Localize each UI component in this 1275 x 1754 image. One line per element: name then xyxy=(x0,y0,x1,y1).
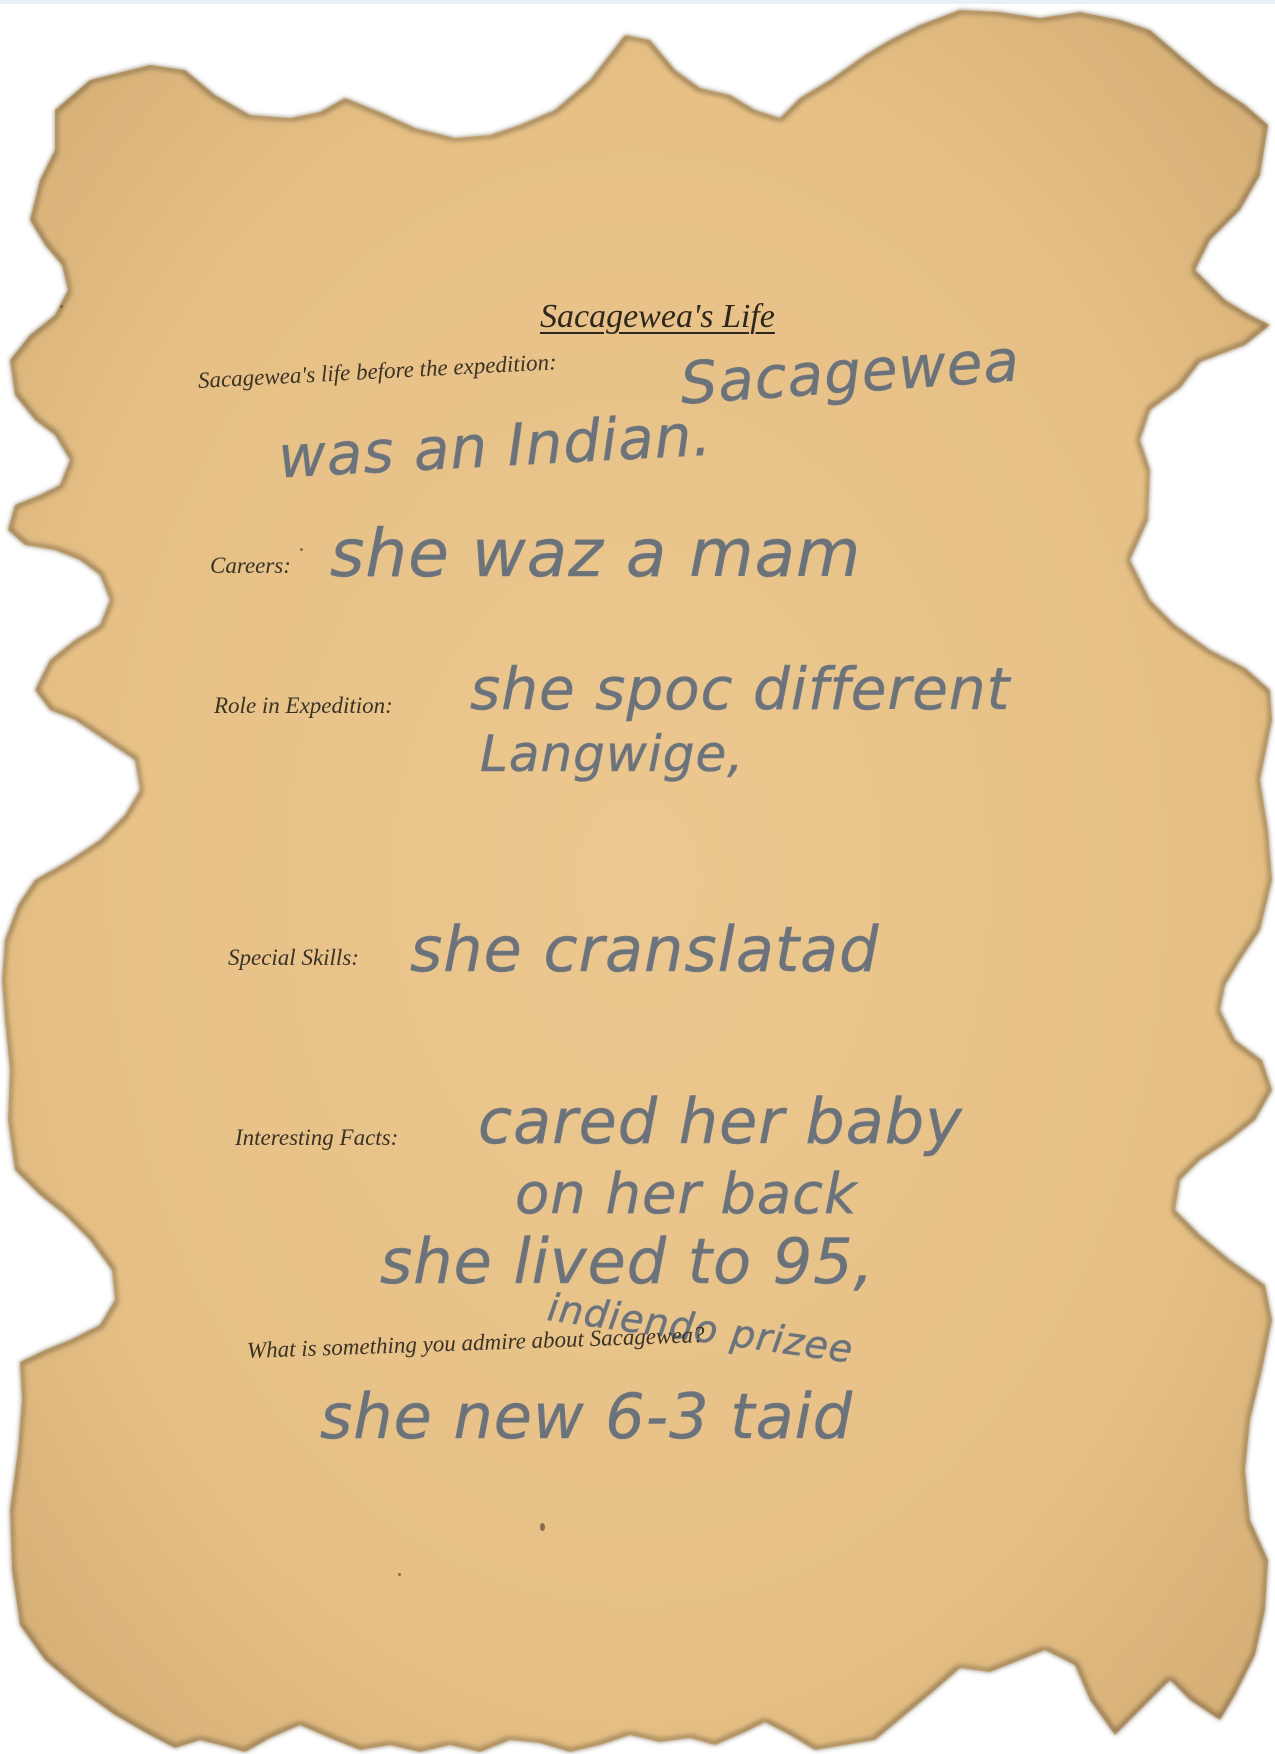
field-label-careers: Careers: xyxy=(210,553,291,579)
answer-interesting-facts-line-3: she lived to 95, xyxy=(380,1225,874,1298)
torn-parchment-sheet xyxy=(0,0,1275,1754)
paper-speck xyxy=(60,305,63,308)
answer-admire: she new 6-3 taid xyxy=(320,1380,853,1453)
field-label-special-skills: Special Skills: xyxy=(228,945,359,971)
answer-special-skills: she cranslatad xyxy=(410,913,880,986)
worksheet-title: Sacagewea's Life xyxy=(540,298,775,336)
field-label-interesting-facts: Interesting Facts: xyxy=(235,1125,398,1151)
answer-careers: she waz a mam xyxy=(330,515,861,592)
paper-speck xyxy=(300,548,303,551)
field-label-role: Role in Expedition: xyxy=(214,693,393,719)
paper-speck xyxy=(540,1523,545,1531)
answer-role-line-2: Langwige, xyxy=(480,725,744,783)
answer-interesting-facts-line-2: on her back xyxy=(515,1162,857,1227)
answer-role-line-1: she spoc different xyxy=(470,655,1010,723)
parchment-shape xyxy=(0,0,1275,1754)
answer-interesting-facts-line-1: cared her baby xyxy=(478,1085,963,1158)
paper-speck xyxy=(398,1573,401,1576)
